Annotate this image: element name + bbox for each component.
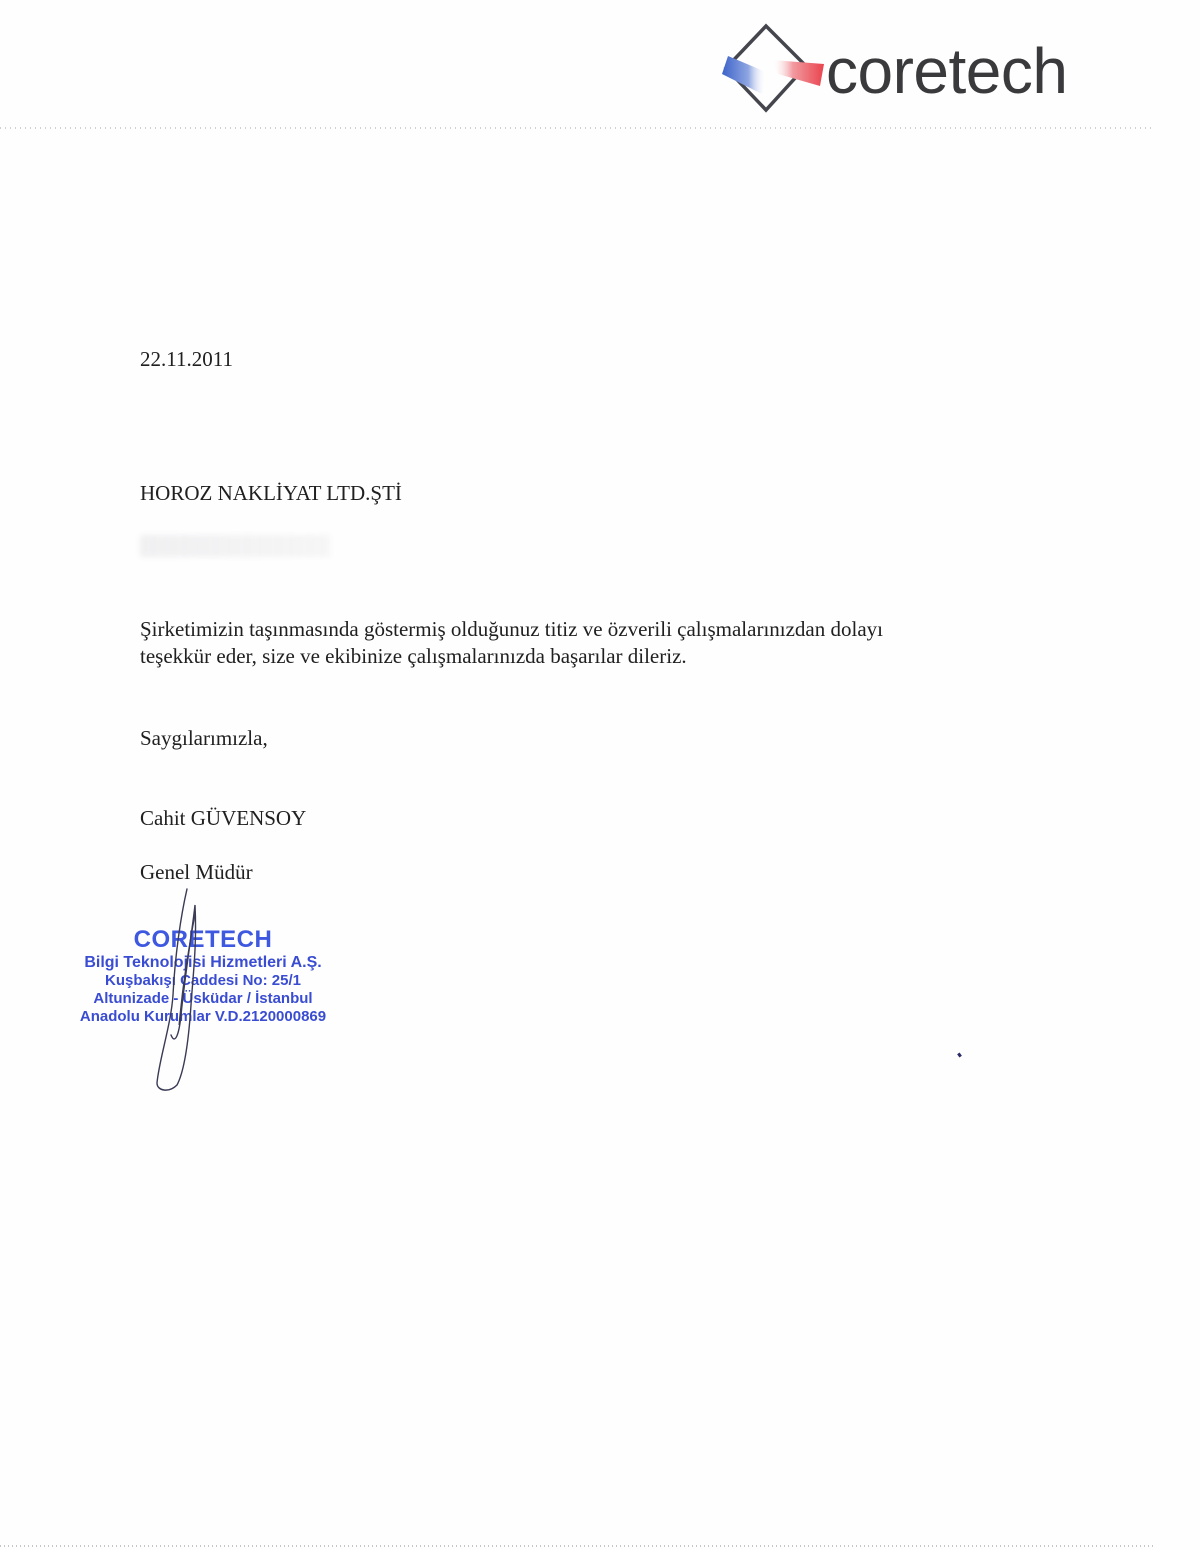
header-divider — [0, 127, 1155, 129]
recipient-name: HOROZ NAKLİYAT LTD.ŞTİ — [140, 480, 402, 507]
signer-name: Cahit GÜVENSOY — [140, 805, 306, 832]
letterhead-logo: coretech — [718, 22, 1098, 116]
letter-page: coretech 22.11.2011 HOROZ NAKLİYAT LTD.Ş… — [0, 0, 1200, 1550]
handwritten-signature-icon — [145, 885, 215, 1095]
letter-date: 22.11.2011 — [140, 346, 233, 373]
coretech-diamond-logo-icon — [718, 22, 828, 116]
redacted-recipient-line — [140, 535, 330, 557]
letter-body: Şirketimizin taşınmasında göstermiş oldu… — [140, 616, 883, 670]
brand-name: coretech — [826, 36, 1067, 106]
footer-divider — [0, 1545, 1155, 1547]
body-line: Şirketimizin taşınmasında göstermiş oldu… — [140, 616, 883, 643]
letter-closing: Saygılarımızla, — [140, 725, 268, 752]
body-line: teşekkür eder, size ve ekibinize çalışma… — [140, 643, 883, 670]
signer-title: Genel Müdür — [140, 859, 253, 886]
scan-speck — [957, 1053, 962, 1058]
